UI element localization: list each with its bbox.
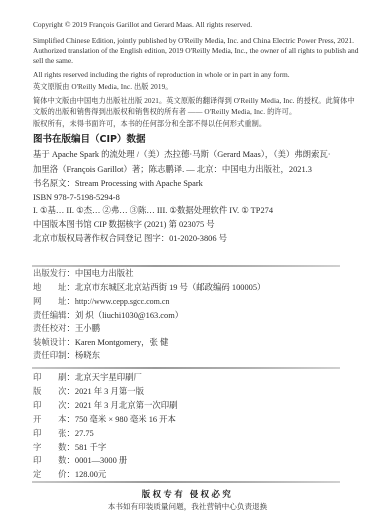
divider xyxy=(32,481,340,483)
pub-label: 责任编辑 xyxy=(33,311,67,321)
pub-row: 网 址：http://www.cepp.sgcc.com.cn xyxy=(33,297,169,307)
rights-reserved-line: All rights reserved including the rights… xyxy=(33,70,290,80)
cn-translation-line: 简体中文版由中国电力出版社出版 2021。英文原版的翻译得到 O'Reilly … xyxy=(33,96,355,106)
pub-value: 北京市东城区北京站西街 19 号（邮政编码 100005） xyxy=(75,283,266,292)
authorization-line-cont: sell the same. xyxy=(33,56,73,66)
cn-original-edition-line: 英文原版由 O'Reilly Media, Inc. 出版 2019。 xyxy=(33,82,173,92)
pub-row: 责任印制：杨晓东 xyxy=(33,351,100,361)
pub-row: 责任编辑：刘 炽（liuchi1030@163.com） xyxy=(33,311,183,321)
cn-translation-line-cont: 文版的出版和销售得到出版权和销售权的所有者 —— O'Reilly Media,… xyxy=(33,107,296,117)
print-row: 版 次：2021 年 3 月第一版 xyxy=(33,387,144,397)
print-value: 581 千字 xyxy=(75,443,106,452)
print-label: 印 次 xyxy=(33,401,67,411)
divider xyxy=(32,367,340,369)
pub-label: 地 址 xyxy=(33,283,67,293)
pub-row: 地 址：北京市东城区北京站西街 19 号（邮政编码 100005） xyxy=(33,283,265,293)
cip-line: 基于 Apache Spark 的流处理 /（美）杰拉德·马斯（Gerard M… xyxy=(33,150,330,160)
website-link[interactable]: http://www.cepp.sgcc.com.cn xyxy=(75,297,170,306)
pub-label: 装帧设计 xyxy=(33,338,67,348)
print-label: 定 价 xyxy=(33,470,67,480)
print-value: 2021 年 3 月第一版 xyxy=(75,387,144,396)
pub-row: 责任校对：王小鹏 xyxy=(33,324,100,334)
print-label: 印 刷 xyxy=(33,373,67,383)
pub-value: 中国电力出版社 xyxy=(75,269,134,278)
copyright-line: Copyright © 2019 François Garillot and G… xyxy=(33,20,252,30)
print-value: 750 毫米 × 980 毫米 16 开本 xyxy=(75,415,176,424)
pub-label: 责任印制 xyxy=(33,351,67,361)
cip-isbn: ISBN 978-7-5198-5294-8 xyxy=(33,193,120,203)
pub-value: Karen Montgomery，张 健 xyxy=(75,338,169,347)
print-label: 字 数 xyxy=(33,443,67,453)
quality-notice: 本书如有印装质量问题，我社营销中心负责退换 xyxy=(0,501,375,512)
rights-statement: 版权专有 侵权必究 xyxy=(0,488,375,500)
pub-label: 网 址 xyxy=(33,297,67,307)
edition-line: Simplified Chinese Edition, jointly publ… xyxy=(33,36,354,46)
pub-label: 出版发行 xyxy=(33,269,67,279)
print-row: 印 刷：北京天宇星印刷厂 xyxy=(33,373,142,383)
pub-value: 刘 炽（liuchi1030@163.com） xyxy=(75,311,183,320)
print-row: 印 次：2021 年 3 月北京第一次印刷 xyxy=(33,401,177,411)
price-value: 128.00元 xyxy=(75,470,106,479)
print-value: 0001—3000 册 xyxy=(75,456,127,465)
print-row: 字 数：581 千字 xyxy=(33,443,106,453)
pub-value: 杨晓东 xyxy=(75,351,100,360)
cip-line: 书名原文：Stream Processing with Apache Spark xyxy=(33,179,203,189)
cip-heading: 图书在版编目（CIP）数据 xyxy=(33,135,145,145)
cn-rights-line: 版权所有，未得书面许可，本书的任何部分和全部不得以任何形式重制。 xyxy=(33,119,266,129)
print-row: 定 价：128.00元 xyxy=(33,470,106,480)
print-label: 印 数 xyxy=(33,456,67,466)
print-row: 印 数：0001—3000 册 xyxy=(33,456,127,466)
pub-row: 出版发行：中国电力出版社 xyxy=(33,269,134,279)
cip-record-number: 中国版本图书馆 CIP 数据核字 (2021) 第 023075 号 xyxy=(33,220,215,230)
print-value: 2021 年 3 月北京第一次印刷 xyxy=(75,401,178,410)
cip-line: 加里洛（François Garillot）著；陈志鹏译. — 北京：中国电力出… xyxy=(33,165,312,175)
cip-copyright-registration: 北京市版权局著作权合同登记 图字：01-2020-3806 号 xyxy=(33,234,227,244)
print-value: 27.75 xyxy=(75,429,94,438)
print-label: 版 次 xyxy=(33,387,67,397)
print-label: 开 本 xyxy=(33,415,67,425)
print-row: 印 张：27.75 xyxy=(33,429,94,439)
print-row: 开 本：750 毫米 × 980 毫米 16 开本 xyxy=(33,415,176,425)
divider xyxy=(32,265,340,267)
pub-row: 装帧设计：Karen Montgomery，张 健 xyxy=(33,338,168,348)
pub-value: 王小鹏 xyxy=(75,324,100,333)
pub-label: 责任校对 xyxy=(33,324,67,334)
authorization-line: Authorized translation of the English ed… xyxy=(33,46,358,56)
print-value: 北京天宇星印刷厂 xyxy=(75,373,142,382)
cip-classification: I. ①基… II. ①杰… ②弗… ③陈… III. ①数据处理软件 IV. … xyxy=(33,206,273,216)
print-label: 印 张 xyxy=(33,429,67,439)
